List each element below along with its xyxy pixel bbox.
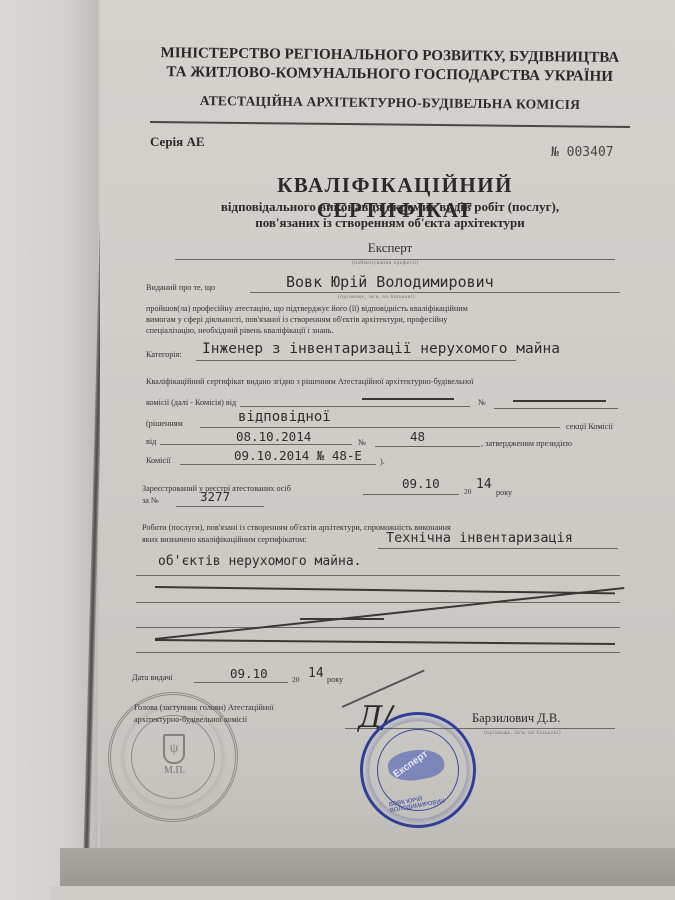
- attestation-line-1: пройшов(ла) професійну атестацію, що під…: [146, 303, 624, 314]
- decision-close: ).: [380, 456, 385, 467]
- presidium-label: Комісії: [146, 455, 171, 466]
- holder-label: Виданий про те, що: [146, 282, 215, 293]
- issue-date-underline: [194, 682, 288, 683]
- page-fold-shadow: [60, 848, 675, 886]
- signer-name: Барзилович Д.В.: [472, 711, 560, 726]
- issue-year-prefix: 20: [292, 674, 300, 685]
- decision-date-label: комісії (далі - Комісія) від: [146, 397, 236, 408]
- works-value-line-2: об'єктів нерухомого майна.: [158, 554, 362, 569]
- registry-date: 09.10: [402, 476, 440, 491]
- category-value: Інженер з інвентаризації нерухомого майн…: [202, 341, 560, 357]
- attestation-line-2: вимогам у сфері діяльності, пов'язаної і…: [146, 314, 624, 325]
- blank-line-3: [136, 652, 620, 653]
- works-label: яких визначено кваліфікаційним сертифіка…: [142, 534, 307, 545]
- works-underline-1: [378, 548, 618, 549]
- signer-role-line-2: архітектурно-будівельної комісії: [134, 714, 247, 725]
- registry-number-label: за №: [142, 495, 159, 506]
- section-label-close: секції Комісії: [566, 421, 613, 432]
- decision-line-1: Кваліфікаційний сертифікат видано згідно…: [146, 376, 473, 387]
- presidium-value: 09.10.2014 № 48-Е: [234, 448, 362, 463]
- registry-date-underline: [363, 494, 459, 495]
- section-number: 48: [410, 429, 425, 444]
- expert-stamp: Експерт ВОВК ЮРІЙ ВОЛОДИМИРОВИЧ: [360, 712, 476, 828]
- section-underline: [200, 427, 560, 428]
- attestation-line-3: спеціалізацію, необхідний рівень кваліфі…: [146, 325, 624, 336]
- decision-number-strikeout: [513, 400, 606, 402]
- ministry-heading: МІНІСТЕРСТВО РЕГІОНАЛЬНОГО РОЗВИТКУ, БУД…: [150, 44, 630, 87]
- signer-role-line-1: Голова (заступник голови) Атестаційної: [134, 702, 274, 713]
- certificate-number: № 003407: [551, 145, 614, 160]
- issue-year: 14: [308, 666, 324, 681]
- coat-of-arms-icon: ψ: [163, 734, 185, 764]
- section-number-underline: [375, 446, 480, 447]
- category-label: Категорія:: [146, 349, 182, 360]
- series-label: Серія АЕ: [150, 134, 205, 150]
- section-value: відповідної: [238, 409, 331, 425]
- blank-line-1: [136, 602, 620, 603]
- decision-number-underline: [494, 408, 618, 409]
- strikeout-mid: [300, 618, 384, 620]
- section-number-label: №: [358, 437, 366, 448]
- profession-caption: (найменування професії): [352, 261, 419, 266]
- registry-year-prefix: 20: [464, 486, 472, 497]
- approved-label: , затвердженим президією: [481, 438, 572, 449]
- registry-year: 14: [476, 477, 492, 492]
- signer-caption: (прізвище, ім'я, по батькові): [484, 731, 561, 736]
- certificate-subtitle: відповідального виконавця окремих видів …: [160, 199, 620, 231]
- works-underline-2: [136, 575, 620, 576]
- holder-caption: (прізвище, ім'я, по батькові): [338, 295, 415, 300]
- profession-underline: [175, 259, 615, 260]
- issue-date-label: Дата видачі: [132, 672, 172, 683]
- decision-date-strikeout: [362, 398, 454, 400]
- registry-number-underline: [176, 506, 264, 507]
- section-label-open: (рішенням: [146, 418, 183, 429]
- section-date-label: від: [146, 436, 156, 447]
- section-date-underline: [160, 444, 352, 445]
- blank-line-2: [136, 627, 620, 628]
- attestation-paragraph: пройшов(ла) професійну атестацію, що під…: [146, 303, 624, 336]
- facing-page: [0, 0, 98, 900]
- issue-year-suffix: року: [327, 674, 343, 685]
- seal-mark: М.П.: [164, 765, 185, 776]
- seal-inner-ring: ψ М.П.: [131, 715, 215, 799]
- decision-date-underline: [240, 406, 470, 407]
- profession-value: Експерт: [300, 240, 480, 256]
- holder-name: Вовк Юрій Володимирович: [286, 273, 494, 291]
- decision-number-label: №: [478, 397, 486, 408]
- registry-year-suffix: року: [496, 487, 512, 498]
- subtitle-line-2: пов'язаних із створенням об'єкта архітек…: [160, 215, 620, 231]
- holder-underline: [250, 292, 620, 293]
- subtitle-line-1: відповідального виконавця окремих видів …: [160, 199, 620, 215]
- registry-number: 3277: [200, 489, 230, 504]
- category-underline: [196, 360, 516, 361]
- issue-date: 09.10: [230, 666, 268, 681]
- section-date: 08.10.2014: [236, 429, 311, 444]
- works-value-line-1: Технічна інвентаризація: [386, 530, 573, 546]
- presidium-underline: [180, 464, 376, 465]
- page-bottom-edge: [50, 886, 675, 900]
